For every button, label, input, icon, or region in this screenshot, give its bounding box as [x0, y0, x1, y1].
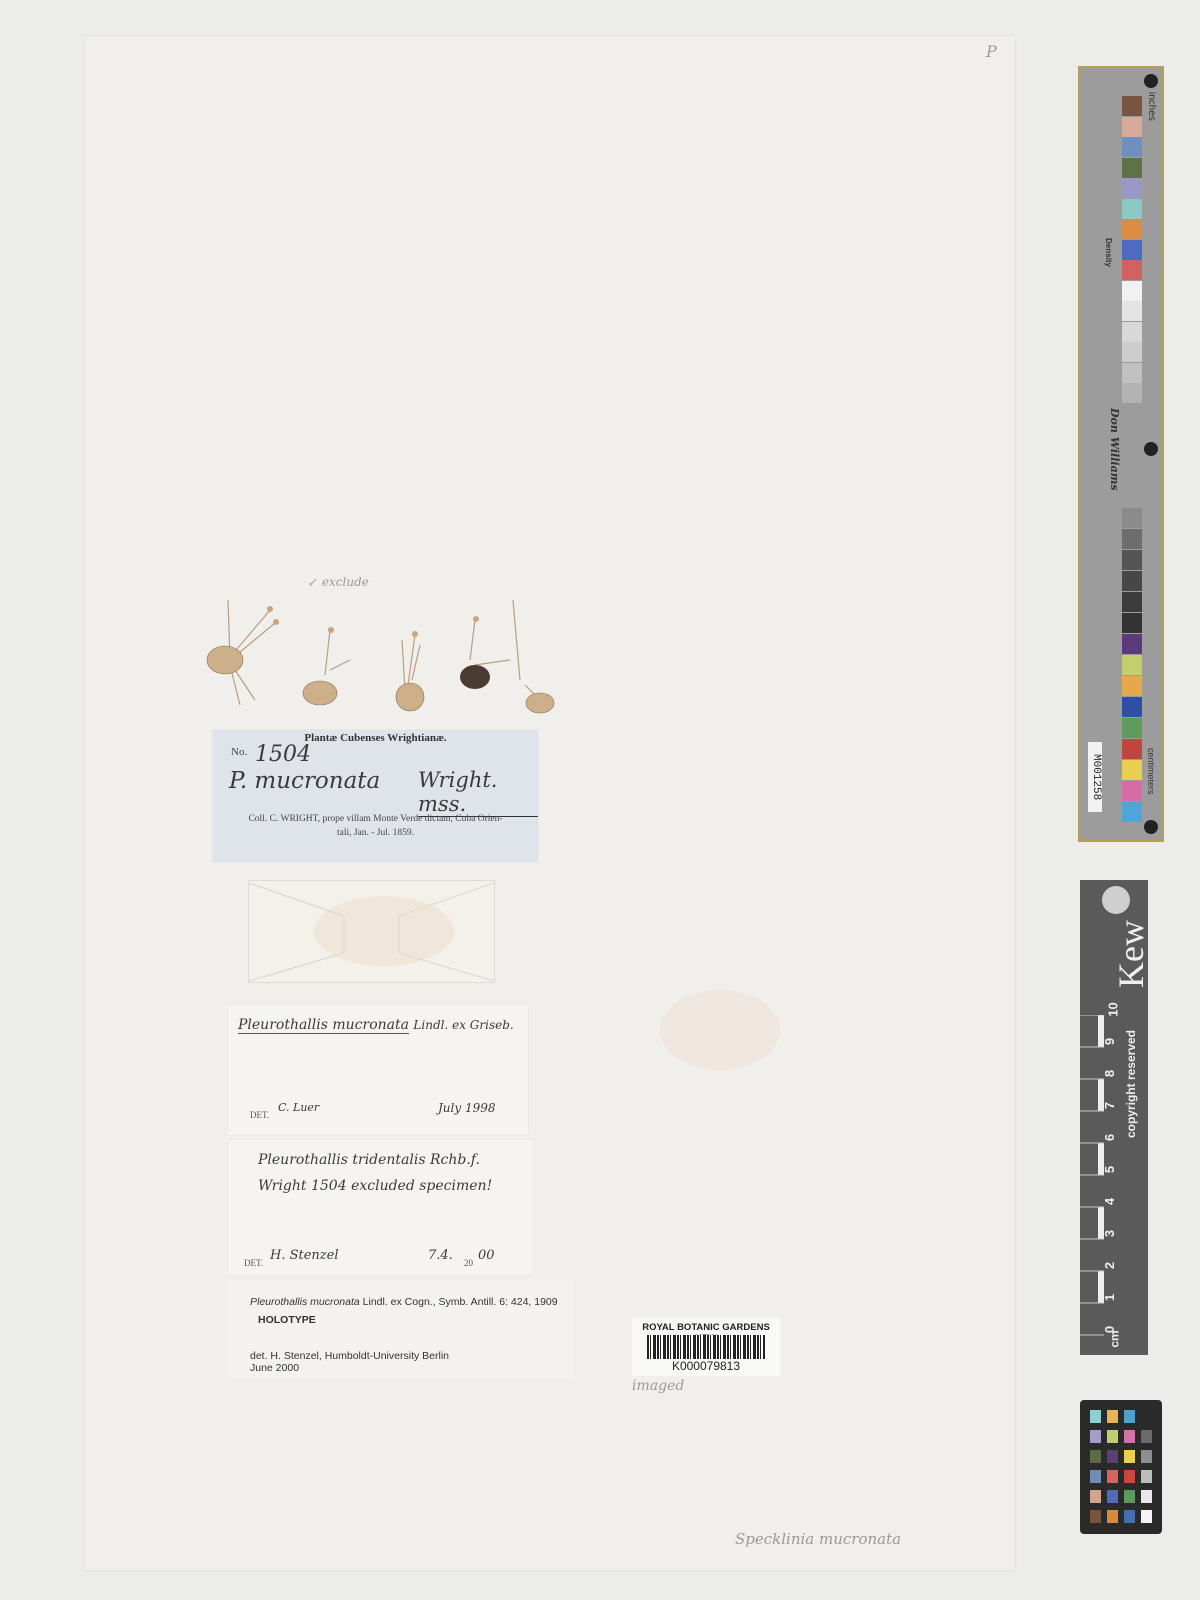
color-swatch [1122, 550, 1142, 570]
ruler-number: 8 [1102, 1070, 1117, 1077]
copyright-text: copyright reserved [1124, 1030, 1138, 1138]
fragment-packet [248, 880, 495, 983]
density-label: Density [1104, 238, 1113, 267]
color-chip [1090, 1410, 1101, 1423]
color-chip [1107, 1490, 1118, 1503]
color-swatch [1122, 634, 1142, 654]
det-line-2: Wright 1504 excluded specimen! [258, 1178, 492, 1194]
color-chip [1090, 1470, 1101, 1483]
color-chip [1107, 1470, 1118, 1483]
color-chip [1090, 1450, 1101, 1463]
scale-serial: M001258 [1088, 742, 1102, 812]
det-date: July 1998 [438, 1101, 496, 1115]
color-swatch [1122, 655, 1142, 675]
ruler-number: 6 [1102, 1134, 1117, 1141]
ruler-number: 3 [1102, 1230, 1117, 1237]
hole-icon [1144, 442, 1158, 456]
color-chip [1124, 1490, 1135, 1503]
color-swatch [1122, 739, 1142, 759]
color-swatch [1122, 117, 1142, 137]
ruler-number: 5 [1102, 1166, 1117, 1173]
ruler-number: 4 [1102, 1198, 1117, 1205]
color-chip [1107, 1450, 1118, 1463]
color-swatch [1122, 158, 1142, 178]
color-chip [1124, 1410, 1135, 1423]
color-density-scale: inches centimeters Density Don Williams … [1078, 66, 1164, 842]
collector-details: Coll. C. WRIGHT, prope villam Monte Verd… [223, 812, 528, 840]
color-swatch [1122, 260, 1142, 280]
collection-number: 1504 [255, 742, 311, 767]
det-line-1: Pleurothallis tridentalis Rchb.f. [258, 1152, 480, 1168]
color-swatch [1122, 137, 1142, 157]
taxon-authority: Wright. mss. [418, 768, 538, 817]
ruler-number: 2 [1102, 1262, 1117, 1269]
det-year: 00 [478, 1248, 495, 1263]
color-chip [1141, 1410, 1152, 1423]
color-chip [1107, 1430, 1118, 1443]
color-swatch [1122, 781, 1142, 801]
holotype-taxon: Pleurothallis mucronata [250, 1296, 360, 1308]
color-chip [1141, 1510, 1152, 1523]
holotype-status: HOLOTYPE [258, 1314, 316, 1326]
det-authority: Lindl. ex Griseb. [413, 1018, 513, 1032]
color-swatch [1122, 383, 1142, 403]
centimeters-label: centimeters [1146, 748, 1156, 795]
color-checker [1080, 1400, 1162, 1534]
color-swatch [1122, 219, 1142, 239]
ruler-numbers: 012345678910 [1106, 1012, 1124, 1352]
color-swatch [1122, 199, 1142, 219]
color-swatch [1122, 178, 1142, 198]
color-swatch [1122, 802, 1142, 822]
hole-icon [1144, 820, 1158, 834]
det-year-prefix: 20 [464, 1258, 473, 1268]
holotype-date: June 2000 [250, 1362, 299, 1374]
det-tag: DET. [244, 1258, 263, 1268]
det-taxon-line: Pleurothallis mucronata Lindl. ex Griseb… [238, 1017, 514, 1033]
ruler-number: 7 [1102, 1102, 1117, 1109]
determination-label-stenzel: Pleurothallis tridentalis Rchb.f. Wright… [228, 1140, 533, 1275]
color-chip [1090, 1510, 1101, 1523]
color-swatch [1122, 322, 1142, 342]
collector-line-2: tali, Jan. - Jul. 1859. [223, 826, 528, 840]
determiner: H. Stenzel [270, 1248, 339, 1263]
stain [660, 990, 780, 1070]
color-swatch [1122, 613, 1142, 633]
color-chip [1124, 1430, 1135, 1443]
color-chip [1141, 1450, 1152, 1463]
det-tag: DET. [250, 1110, 269, 1120]
ruler-number: 9 [1102, 1038, 1117, 1045]
collector-line-1: Coll. C. WRIGHT, prope villam Monte Verd… [223, 812, 528, 826]
kew-ruler: Kew copyright reserved 012345678910 cm [1080, 880, 1148, 1355]
holotype-citation: Lindl. ex Cogn., Symb. Antill. 6: 424, 1… [363, 1296, 558, 1308]
imaged-note: imaged [632, 1378, 684, 1394]
brand-label: Don Williams [1108, 408, 1121, 491]
determination-label-luer: Pleurothallis mucronata Lindl. ex Griseb… [228, 1005, 528, 1135]
kew-crest-icon [1102, 886, 1130, 914]
color-swatch [1122, 508, 1142, 528]
color-chip [1090, 1430, 1101, 1443]
bottom-annotation: Specklinia mucronata [735, 1530, 901, 1548]
color-chip [1141, 1470, 1152, 1483]
unit-label: cm [1108, 1330, 1122, 1347]
hole-icon [1144, 74, 1158, 88]
color-chip [1124, 1450, 1135, 1463]
color-swatch [1122, 760, 1142, 780]
holotype-label: Pleurothallis mucronata Lindl. ex Cogn.,… [228, 1280, 574, 1377]
color-swatch [1122, 363, 1142, 383]
collector-label: Plantæ Cubenses Wrightianæ. No. 1504 P. … [213, 730, 538, 862]
color-chip [1141, 1430, 1152, 1443]
color-chip [1124, 1510, 1135, 1523]
inches-label: inches [1146, 92, 1157, 121]
color-chip [1141, 1490, 1152, 1503]
packet-fold-lines [249, 881, 494, 982]
color-swatch [1122, 571, 1142, 591]
det-date-day: 7.4. [428, 1248, 453, 1263]
determiner: C. Luer [278, 1101, 319, 1114]
barcode-number: K000079813 [632, 1359, 780, 1373]
barcode-label: ROYAL BOTANIC GARDENS KEW K000079813 [632, 1318, 780, 1376]
color-swatch [1122, 281, 1142, 301]
color-chip [1107, 1410, 1118, 1423]
color-swatch [1122, 592, 1142, 612]
ruler-number: 10 [1106, 1002, 1121, 1016]
label-no-prefix: No. [231, 746, 247, 758]
color-chip [1090, 1490, 1101, 1503]
color-swatch [1122, 529, 1142, 549]
kew-logo: Kew [1110, 920, 1152, 988]
color-chip [1107, 1510, 1118, 1523]
color-swatch [1122, 342, 1142, 362]
barcode-icon [647, 1335, 765, 1359]
color-swatch [1122, 676, 1142, 696]
color-swatch [1122, 240, 1142, 260]
holotype-citation-line: Pleurothallis mucronata Lindl. ex Cogn.,… [250, 1296, 558, 1308]
color-swatch [1122, 301, 1142, 321]
ruler-number: 1 [1102, 1294, 1117, 1301]
holotype-det-line: det. H. Stenzel, Humboldt-University Ber… [250, 1350, 449, 1362]
color-swatch [1122, 718, 1142, 738]
color-chip [1124, 1470, 1135, 1483]
plant-specimens [190, 585, 570, 735]
ruler-ticks [1080, 1015, 1104, 1340]
color-swatch [1122, 96, 1142, 116]
taxon-name: P. mucronata [229, 768, 380, 794]
det-taxon: Pleurothallis mucronata [238, 1017, 409, 1034]
sheet-mark: P [986, 42, 997, 61]
color-swatch [1122, 697, 1142, 717]
